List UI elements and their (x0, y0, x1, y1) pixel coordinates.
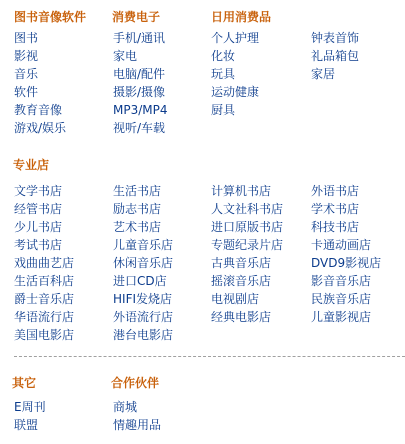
store-link[interactable]: 学术书店 (311, 200, 381, 218)
link-video[interactable]: 影视 (14, 47, 66, 65)
store-link[interactable]: 影音音乐店 (311, 272, 381, 290)
store-link[interactable]: 古典音乐店 (211, 254, 283, 272)
store-link[interactable]: 计算机书店 (211, 182, 283, 200)
store-link[interactable]: 生活书店 (113, 182, 173, 200)
link-education[interactable]: 教育音像 (14, 101, 66, 119)
link-appliances[interactable]: 家电 (113, 47, 168, 65)
section-books: 图书音像软件 (14, 9, 86, 25)
specialty-col-1: 文学书店 经管书店 少儿书店 考试书店 戏曲曲艺店 生活百科店 爵士音乐店 华语… (14, 182, 74, 344)
specialty-col-3: 计算机书店 人文社科书店 进口原版书店 专题纪录片店 古典音乐店 摇滚音乐店 电… (211, 182, 283, 326)
store-link[interactable]: 进口原版书店 (211, 218, 283, 236)
link-computers[interactable]: 电脑/配件 (113, 65, 168, 83)
store-link[interactable]: 卡通动画店 (311, 236, 381, 254)
link-mall[interactable]: 商城 (113, 398, 161, 416)
store-link[interactable]: 艺术书店 (113, 218, 173, 236)
store-link[interactable]: 港台电影店 (113, 326, 173, 344)
link-sports[interactable]: 运动健康 (211, 83, 259, 101)
link-eweekly[interactable]: E周刊 (14, 398, 46, 416)
section-specialty: 专业店 (13, 157, 49, 173)
store-link[interactable]: 电视剧店 (211, 290, 283, 308)
store-link[interactable]: 励志书店 (113, 200, 173, 218)
section-title-specialty: 专业店 (13, 157, 49, 173)
store-link[interactable]: 外语书店 (311, 182, 381, 200)
link-av[interactable]: 视听/车载 (113, 119, 168, 137)
store-link[interactable]: 进口CD店 (113, 272, 173, 290)
link-cameras[interactable]: 摄影/摄像 (113, 83, 168, 101)
store-link[interactable]: DVD9影视店 (311, 254, 381, 272)
section-divider (14, 356, 405, 357)
other-list: E周刊 联盟 (14, 398, 46, 434)
store-link[interactable]: 经典电影店 (211, 308, 283, 326)
store-link[interactable]: 生活百科店 (14, 272, 74, 290)
section-title-daily: 日用消费品 (211, 9, 271, 25)
link-adult[interactable]: 情趣用品 (113, 416, 161, 434)
link-home[interactable]: 家居 (311, 65, 359, 83)
partners-list: 商城 情趣用品 (113, 398, 161, 434)
store-link[interactable]: 少儿书店 (14, 218, 74, 236)
section-title-partners: 合作伙伴 (111, 375, 159, 391)
section-daily: 日用消费品 (211, 9, 271, 25)
link-music[interactable]: 音乐 (14, 65, 66, 83)
store-link[interactable]: 爵士音乐店 (14, 290, 74, 308)
store-link[interactable]: 人文社科书店 (211, 200, 283, 218)
link-cosmetics[interactable]: 化妆 (211, 47, 259, 65)
electronics-list: 手机/通讯 家电 电脑/配件 摄影/摄像 MP3/MP4 视听/车载 (113, 29, 168, 137)
link-mp3[interactable]: MP3/MP4 (113, 101, 168, 119)
link-union[interactable]: 联盟 (14, 416, 46, 434)
store-link[interactable]: 戏曲曲艺店 (14, 254, 74, 272)
store-link[interactable]: HIFI发烧店 (113, 290, 173, 308)
link-gifts[interactable]: 礼品箱包 (311, 47, 359, 65)
section-title-books: 图书音像软件 (14, 9, 86, 25)
link-software[interactable]: 软件 (14, 83, 66, 101)
store-link[interactable]: 美国电影店 (14, 326, 74, 344)
link-games[interactable]: 游戏/娱乐 (14, 119, 66, 137)
section-partners: 合作伙伴 (111, 375, 159, 391)
daily-list-2: 钟表首饰 礼品箱包 家居 (311, 29, 359, 83)
store-link[interactable]: 外语流行店 (113, 308, 173, 326)
books-list: 图书 影视 音乐 软件 教育音像 游戏/娱乐 (14, 29, 66, 137)
store-link[interactable]: 文学书店 (14, 182, 74, 200)
store-link[interactable]: 专题纪录片店 (211, 236, 283, 254)
store-link[interactable]: 休闲音乐店 (113, 254, 173, 272)
section-title-other: 其它 (12, 375, 36, 391)
specialty-col-4: 外语书店 学术书店 科技书店 卡通动画店 DVD9影视店 影音音乐店 民族音乐店… (311, 182, 381, 326)
link-personal-care[interactable]: 个人护理 (211, 29, 259, 47)
link-toys[interactable]: 玩具 (211, 65, 259, 83)
link-books[interactable]: 图书 (14, 29, 66, 47)
store-link[interactable]: 经管书店 (14, 200, 74, 218)
store-link[interactable]: 华语流行店 (14, 308, 74, 326)
section-electronics: 消费电子 (112, 9, 160, 25)
store-link[interactable]: 民族音乐店 (311, 290, 381, 308)
store-link[interactable]: 科技书店 (311, 218, 381, 236)
link-phones[interactable]: 手机/通讯 (113, 29, 168, 47)
store-link[interactable]: 摇滚音乐店 (211, 272, 283, 290)
daily-list-1: 个人护理 化妆 玩具 运动健康 厨具 (211, 29, 259, 119)
store-link[interactable]: 儿童音乐店 (113, 236, 173, 254)
specialty-col-2: 生活书店 励志书店 艺术书店 儿童音乐店 休闲音乐店 进口CD店 HIFI发烧店… (113, 182, 173, 344)
store-link[interactable]: 儿童影视店 (311, 308, 381, 326)
link-kitchen[interactable]: 厨具 (211, 101, 259, 119)
link-watches[interactable]: 钟表首饰 (311, 29, 359, 47)
section-other: 其它 (12, 375, 36, 391)
section-title-electronics: 消费电子 (112, 9, 160, 25)
store-link[interactable]: 考试书店 (14, 236, 74, 254)
